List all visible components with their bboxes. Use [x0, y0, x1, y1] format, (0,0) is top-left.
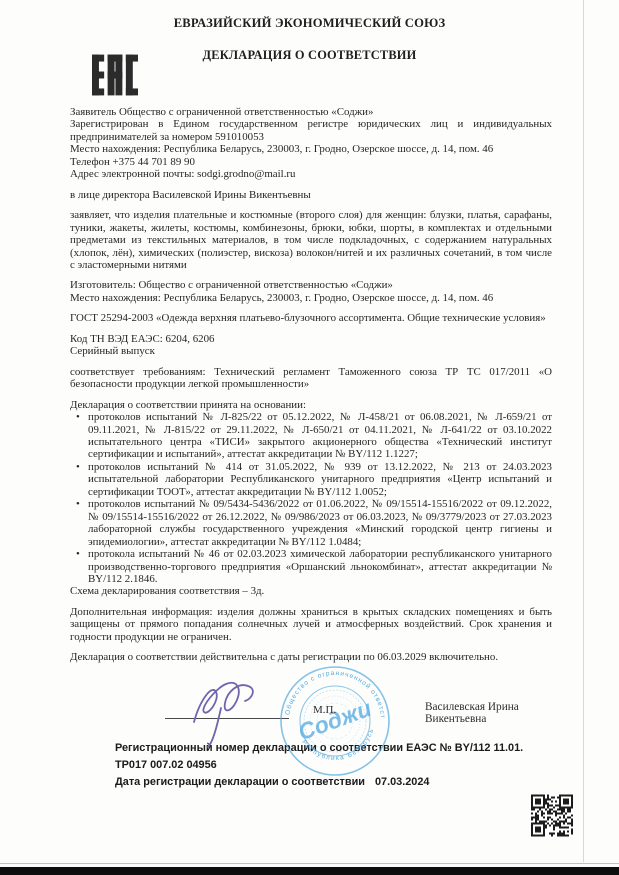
tn-ved-code: Код ТН ВЭД ЕАЭС: 6204, 6206 — [70, 333, 552, 345]
document-body: Заявитель Общество с ограниченной ответс… — [70, 106, 552, 791]
scan-edge-line — [583, 0, 584, 862]
applicant-name: Заявитель Общество с ограниченной ответс… — [70, 106, 552, 118]
applicant-phone: Телефон +375 44 701 89 90 — [70, 156, 552, 168]
compliance-statement: соответствует требованиям: Технический р… — [70, 366, 552, 391]
gost-line: ГОСТ 25294-2003 «Одежда верхняя платьево… — [70, 312, 552, 324]
scheme-line: Схема декларирования соответствия – 3д. — [70, 585, 552, 597]
basis-section: Декларация о соответствии принята на осн… — [70, 399, 552, 598]
qr-code — [531, 794, 573, 837]
declaration-statement: заявляет, что изделия плательные и костю… — [70, 209, 552, 271]
basis-item: протоколов испытаний № 09/5434-5436/2022… — [70, 498, 552, 548]
scan-bottom-band — [0, 867, 619, 875]
applicant-address: Место нахождения: Республика Беларусь, 2… — [70, 143, 552, 155]
representative-line: в лице директора Василевской Ирины Викен… — [70, 189, 552, 201]
applicant-registration: Зарегистрирован в Едином государственном… — [70, 118, 552, 143]
manufacturer-address: Место нахождения: Республика Беларусь, 2… — [70, 292, 552, 304]
eac-mark-icon — [92, 51, 138, 99]
additional-info: Дополнительная информация: изделия должн… — [70, 606, 552, 643]
declaration-document: ЕВРАЗИЙСКИЙ ЭКОНОМИЧЕСКИЙ СОЮЗ ДЕКЛАРАЦИ… — [0, 0, 619, 875]
basis-intro: Декларация о соответствии принята на осн… — [70, 399, 552, 411]
basis-item: протоколов испытаний № 414 от 31.05.2022… — [70, 461, 552, 498]
serial-release: Серийный выпуск — [70, 345, 552, 357]
basis-item: протоколов испытаний № Л-825/22 от 05.12… — [70, 411, 552, 461]
manufacturer-name: Изготовитель: Общество с ограниченной от… — [70, 279, 552, 291]
mp-seal-label: М.П. — [313, 704, 336, 716]
basis-list: протоколов испытаний № Л-825/22 от 05.12… — [70, 411, 552, 585]
handwritten-signature — [188, 672, 308, 752]
code-section: Код ТН ВЭД ЕАЭС: 6204, 6206 Серийный вып… — [70, 333, 552, 358]
signature-zone: М.П. Василевская Ирина Викентьевна Общес… — [70, 672, 552, 734]
scan-bottom-line — [0, 863, 619, 864]
signer-name: Василевская Ирина Викентьевна — [425, 701, 552, 726]
union-title: ЕВРАЗИЙСКИЙ ЭКОНОМИЧЕСКИЙ СОЮЗ — [0, 0, 619, 31]
manufacturer-section: Изготовитель: Общество с ограниченной от… — [70, 279, 552, 304]
basis-item: протокола испытаний № 46 от 02.03.2023 х… — [70, 548, 552, 585]
applicant-email: Адрес электронной почты: sodgi.grodno@ma… — [70, 168, 552, 180]
applicant-section: Заявитель Общество с ограниченной ответс… — [70, 106, 552, 181]
